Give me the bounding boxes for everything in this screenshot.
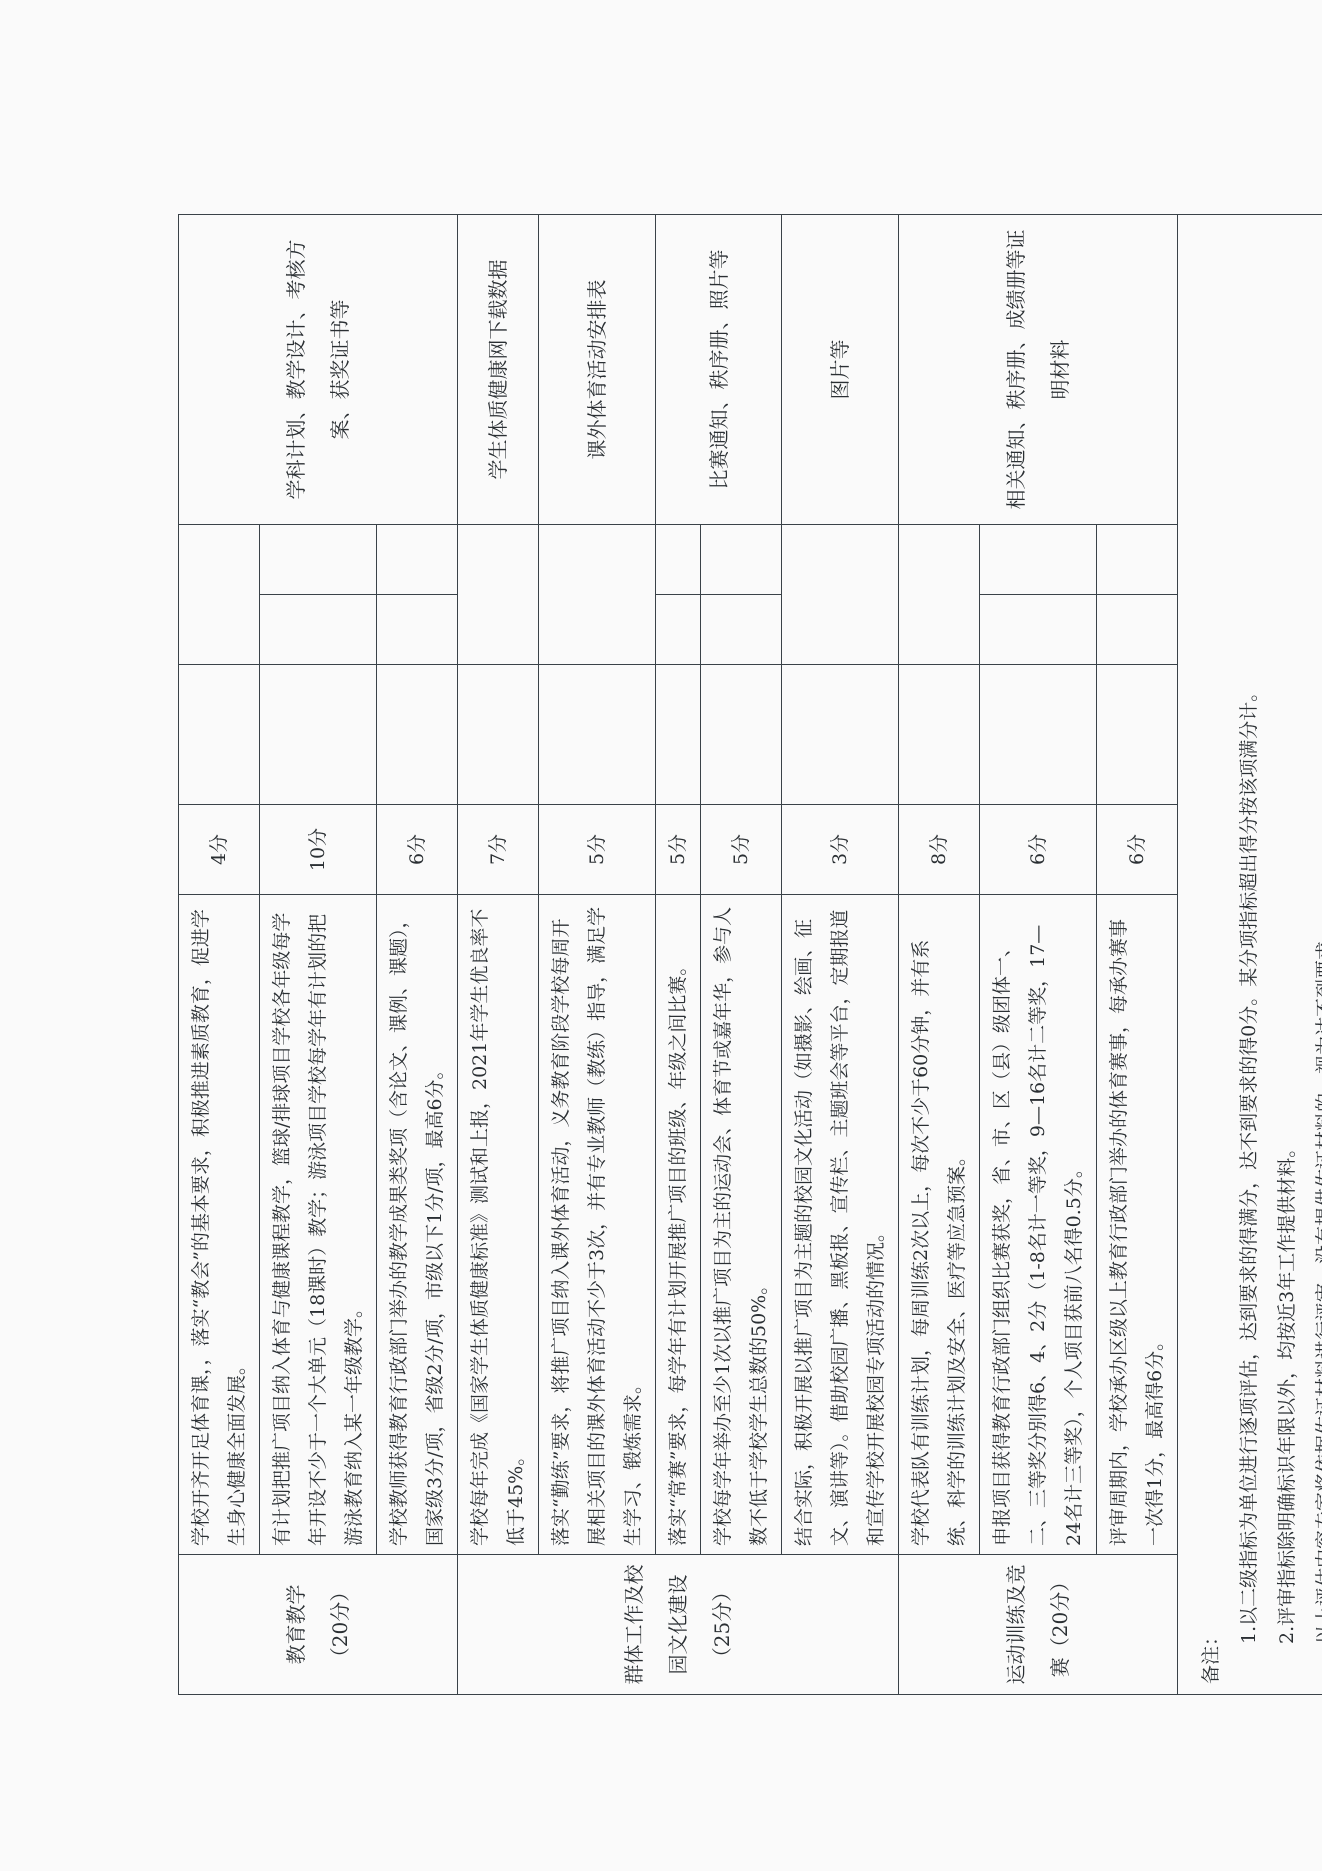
row-evidence: 学科计划、教学设计、考核方案、获奖证书等 bbox=[179, 215, 458, 525]
row-score: 3分 bbox=[782, 805, 899, 895]
review-score-cell bbox=[782, 525, 899, 665]
row-score: 5分 bbox=[539, 805, 656, 895]
row-score: 6分 bbox=[980, 805, 1097, 895]
self-score-cell bbox=[656, 665, 701, 805]
review-score-cell bbox=[980, 595, 1097, 665]
notes-row: 备注： 1.以二级指标为单位进行逐项评估，达到要求的得满分，达不到要求的得0分。… bbox=[1178, 215, 1322, 1695]
note-item: 2.评审指标除明确标识年限以外，均按近3年工作提供材料。 bbox=[1268, 225, 1306, 1684]
self-score-cell bbox=[701, 665, 782, 805]
row-score: 6分 bbox=[377, 805, 458, 895]
review-score-cell bbox=[701, 595, 782, 665]
row-score: 5分 bbox=[701, 805, 782, 895]
row-description: 落实“常赛”要求，每学年有计划开展推广项目的班级、年级之间比赛。 bbox=[656, 895, 701, 1555]
review-score-cell bbox=[179, 525, 260, 665]
review-score-cell bbox=[899, 525, 980, 665]
self-score-cell bbox=[980, 665, 1097, 805]
row-description: 学校每年完成《国家学生体质健康标准》测试和上报，2021年学生优良率不低于45%… bbox=[458, 895, 539, 1555]
review-score-cell bbox=[377, 525, 458, 595]
self-score-cell bbox=[1097, 665, 1178, 805]
table-row: 落实“常赛”要求，每学年有计划开展推广项目的班级、年级之间比赛。 5分 比赛通知… bbox=[656, 215, 701, 1695]
category-training: 运动训练及竞赛（20分） bbox=[899, 1555, 1178, 1695]
review-score-cell bbox=[377, 595, 458, 665]
table-row: 落实“勤练”要求，将推广项目纳入课外体育活动，义务教育阶段学校每周开展相关项目的… bbox=[539, 215, 656, 1695]
category-teaching: 教育教学（20分） bbox=[179, 1555, 458, 1695]
row-description: 学校教师获得教育行政部门举办的教学成果类奖项（含论文、课例、课题），国家级3分/… bbox=[377, 895, 458, 1555]
table-row: 群体工作及校园文化建设（25分） 学校每年完成《国家学生体质健康标准》测试和上报… bbox=[458, 215, 539, 1695]
self-score-cell bbox=[782, 665, 899, 805]
review-score-cell bbox=[539, 525, 656, 665]
row-evidence: 相关通知、秩序册、成绩册等证明材料 bbox=[899, 215, 1178, 525]
row-score: 7分 bbox=[458, 805, 539, 895]
note-item: 以上评估内容专家将依据佐证材料进行评审，没有提供佐证材料的，视为达不到要求。 bbox=[1306, 225, 1322, 1684]
self-score-cell bbox=[899, 665, 980, 805]
review-score-cell bbox=[701, 525, 782, 595]
row-evidence: 比赛通知、秩序册、照片等 bbox=[656, 215, 782, 525]
row-score: 10分 bbox=[260, 805, 377, 895]
row-score: 5分 bbox=[656, 805, 701, 895]
self-score-cell bbox=[260, 665, 377, 805]
review-score-cell bbox=[656, 525, 701, 595]
table-row: 结合实际，积极开展以推广项目为主题的校园文化活动（如摄影、绘画、征文、演讲等）。… bbox=[782, 215, 899, 1695]
note-item: 1.以二级指标为单位进行逐项评估，达到要求的得满分，达不到要求的得0分。某分项指… bbox=[1230, 225, 1268, 1684]
self-score-cell bbox=[539, 665, 656, 805]
row-description: 申报项目获得教育行政部门组织比赛获奖，省、市、区（县）级团体一、二、三等奖分别得… bbox=[980, 895, 1097, 1555]
row-description: 结合实际，积极开展以推广项目为主题的校园文化活动（如摄影、绘画、征文、演讲等）。… bbox=[782, 895, 899, 1555]
row-description: 学校代表队有训练计划，每周训练2次以上，每次不少于60分钟，并有系统、科学的训练… bbox=[899, 895, 980, 1555]
notes-cell: 备注： 1.以二级指标为单位进行逐项评估，达到要求的得满分，达不到要求的得0分。… bbox=[1178, 215, 1322, 1695]
table-row: 运动训练及竞赛（20分） 学校代表队有训练计划，每周训练2次以上，每次不少于60… bbox=[899, 215, 980, 1695]
notes-label: 备注： bbox=[1192, 225, 1230, 1684]
review-score-cell bbox=[1097, 525, 1178, 595]
rotated-table-container: 教育教学（20分） 学校开齐开足体育课，，落实“教会”的基本要求，积极推进素质教… bbox=[178, 215, 1003, 1695]
scanned-page: 教育教学（20分） 学校开齐开足体育课，，落实“教会”的基本要求，积极推进素质教… bbox=[0, 0, 1322, 1871]
row-evidence: 课外体育活动安排表 bbox=[539, 215, 656, 525]
row-evidence: 图片等 bbox=[782, 215, 899, 525]
evaluation-table: 教育教学（20分） 学校开齐开足体育课，，落实“教会”的基本要求，积极推进素质教… bbox=[178, 214, 1322, 1695]
row-description: 评审周期内，学校承办区级以上教育行政部门举办的体育赛事，每承办赛事一次得1分，最… bbox=[1097, 895, 1178, 1555]
row-description: 落实“勤练”要求，将推广项目纳入课外体育活动，义务教育阶段学校每周开展相关项目的… bbox=[539, 895, 656, 1555]
self-score-cell bbox=[458, 665, 539, 805]
review-score-cell bbox=[656, 595, 701, 665]
category-group: 群体工作及校园文化建设（25分） bbox=[458, 1555, 899, 1695]
review-score-cell bbox=[260, 525, 377, 595]
row-description: 学校开齐开足体育课，，落实“教会”的基本要求，积极推进素质教育，促进学生身心健康… bbox=[179, 895, 260, 1555]
table-row: 教育教学（20分） 学校开齐开足体育课，，落实“教会”的基本要求，积极推进素质教… bbox=[179, 215, 260, 1695]
row-score: 4分 bbox=[179, 805, 260, 895]
row-score: 6分 bbox=[1097, 805, 1178, 895]
review-score-cell bbox=[980, 525, 1097, 595]
self-score-cell bbox=[377, 665, 458, 805]
review-score-cell bbox=[458, 525, 539, 665]
row-description: 有计划把推广项目纳入体育与健康课程教学，篮球/排球项目学校各年级每学年开设不少于… bbox=[260, 895, 377, 1555]
row-description: 学校每学年举办至少1次以推广项目为主的运动会、体育节或嘉年华，参与人数不低于学校… bbox=[701, 895, 782, 1555]
review-score-cell bbox=[1097, 595, 1178, 665]
row-score: 8分 bbox=[899, 805, 980, 895]
row-evidence: 学生体质健康网下载数据 bbox=[458, 215, 539, 525]
self-score-cell bbox=[179, 665, 260, 805]
review-score-cell bbox=[260, 595, 377, 665]
